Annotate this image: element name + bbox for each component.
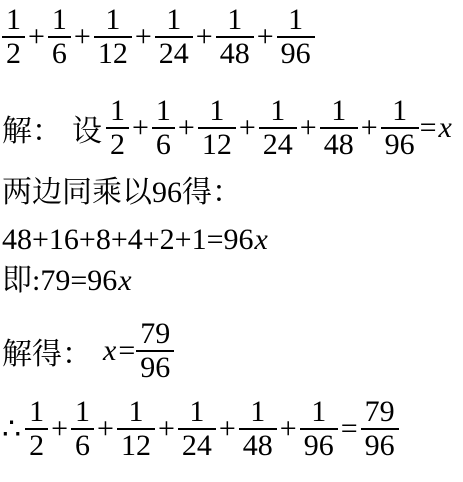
fraction-numerator: 1 <box>71 398 94 428</box>
fraction-denominator: 48 <box>320 127 358 160</box>
fraction-79-96: 79 96 <box>136 320 174 382</box>
fraction-1-24: 1 24 <box>155 6 193 68</box>
fraction-1-24: 1 24 <box>259 97 297 159</box>
variable-x: x <box>438 111 453 145</box>
fraction-denominator: 24 <box>178 428 216 461</box>
fraction-denominator: 12 <box>117 428 155 461</box>
fraction-numerator: 1 <box>185 398 208 428</box>
fraction-numerator: 1 <box>25 398 48 428</box>
fraction-numerator: 1 <box>284 6 307 36</box>
fraction-denominator: 96 <box>277 36 315 69</box>
fraction-1-96: 1 96 <box>381 97 419 159</box>
fraction-1-2: 1 2 <box>106 97 129 159</box>
fraction-numerator: 1 <box>223 6 246 36</box>
fraction-1-24: 1 24 <box>178 398 216 460</box>
plus-operator: + <box>51 412 68 446</box>
plus-operator: + <box>219 412 236 446</box>
problem-expression: 1 2 + 1 6 + 1 12 + 1 24 + 1 48 + 1 96 <box>0 6 463 68</box>
fraction-numerator: 1 <box>2 6 25 36</box>
fraction-denominator: 12 <box>198 127 236 160</box>
plus-operator: + <box>135 20 152 54</box>
math-solution-document: 1 2 + 1 6 + 1 12 + 1 24 + 1 48 + 1 96 解： <box>0 6 463 482</box>
fraction-denominator: 96 <box>361 428 399 461</box>
fraction-denominator: 12 <box>94 36 132 69</box>
fraction-1-96: 1 96 <box>300 398 338 460</box>
step-setup-equation: 解： 设 1 2 + 1 6 + 1 12 + 1 24 + 1 48 + 1 … <box>0 97 463 159</box>
fraction-numerator: 1 <box>152 97 175 127</box>
step-sum-equation: 48+16+8+4+2+1=96x <box>0 223 463 256</box>
fraction-1-6: 1 6 <box>152 97 175 159</box>
fraction-1-48: 1 48 <box>216 6 254 68</box>
fraction-denominator: 6 <box>152 127 175 160</box>
plus-operator: + <box>158 412 175 446</box>
simplify-equation-text: 79=96 <box>40 264 117 297</box>
fraction-denominator: 48 <box>216 36 254 69</box>
plus-operator: + <box>196 20 213 54</box>
plus-operator: + <box>361 111 378 145</box>
fraction-numerator: 1 <box>101 6 124 36</box>
fraction-denominator: 2 <box>2 36 25 69</box>
fraction-numerator: 79 <box>361 398 399 428</box>
equals-operator: = <box>118 334 135 368</box>
let-label: 设 <box>72 106 102 150</box>
solved-prefix-label: 解得： <box>2 329 92 373</box>
fraction-numerator: 1 <box>246 398 269 428</box>
sum-equation-text: 48+16+8+4+2+1=96 <box>2 223 254 256</box>
fraction-1-2: 1 2 <box>2 6 25 68</box>
fraction-79-96: 79 96 <box>361 398 399 460</box>
fraction-numerator: 1 <box>205 97 228 127</box>
fraction-1-12: 1 12 <box>94 6 132 68</box>
plus-operator: + <box>97 412 114 446</box>
plus-operator: + <box>178 111 195 145</box>
fraction-1-48: 1 48 <box>320 97 358 159</box>
fraction-1-2: 1 2 <box>25 398 48 460</box>
fraction-denominator: 6 <box>48 36 71 69</box>
fraction-denominator: 6 <box>71 428 94 461</box>
fraction-denominator: 24 <box>259 127 297 160</box>
variable-x: x <box>254 223 269 256</box>
simplify-prefix-label: 即: <box>2 264 40 297</box>
fraction-1-6: 1 6 <box>48 6 71 68</box>
step-simplified-equation: 即:79=96x <box>0 264 463 297</box>
plus-operator: + <box>239 111 256 145</box>
fraction-numerator: 1 <box>266 97 289 127</box>
conclusion-equation: ∴ 1 2 + 1 6 + 1 12 + 1 24 + 1 48 + 1 96 … <box>0 398 463 460</box>
step-multiply-instruction: 两边同乘以96得： <box>0 176 463 209</box>
step-solved-result: 解得： x = 79 96 <box>0 320 463 382</box>
plus-operator: + <box>280 412 297 446</box>
equals-operator: = <box>341 412 358 446</box>
fraction-numerator: 1 <box>388 97 411 127</box>
fraction-numerator: 1 <box>106 97 129 127</box>
variable-x: x <box>117 264 132 297</box>
plus-operator: + <box>74 20 91 54</box>
fraction-numerator: 1 <box>162 6 185 36</box>
fraction-numerator: 1 <box>307 398 330 428</box>
fraction-denominator: 2 <box>25 428 48 461</box>
multiply-text: 两边同乘以96得： <box>2 176 242 209</box>
fraction-numerator: 1 <box>124 398 147 428</box>
fraction-denominator: 24 <box>155 36 193 69</box>
fraction-1-12: 1 12 <box>198 97 236 159</box>
fraction-numerator: 1 <box>327 97 350 127</box>
plus-operator: + <box>257 20 274 54</box>
solve-prefix-label: 解： <box>2 106 62 150</box>
plus-operator: + <box>132 111 149 145</box>
equals-operator: = <box>420 111 437 145</box>
fraction-denominator: 96 <box>381 127 419 160</box>
fraction-denominator: 48 <box>239 428 277 461</box>
fraction-denominator: 96 <box>300 428 338 461</box>
fraction-numerator: 1 <box>48 6 71 36</box>
fraction-denominator: 96 <box>136 350 174 383</box>
fraction-denominator: 2 <box>106 127 129 160</box>
fraction-numerator: 79 <box>136 320 174 350</box>
fraction-1-96: 1 96 <box>277 6 315 68</box>
fraction-1-48: 1 48 <box>239 398 277 460</box>
therefore-symbol: ∴ <box>2 412 21 447</box>
plus-operator: + <box>28 20 45 54</box>
fraction-1-12: 1 12 <box>117 398 155 460</box>
variable-x: x <box>102 334 117 368</box>
plus-operator: + <box>300 111 317 145</box>
fraction-1-6: 1 6 <box>71 398 94 460</box>
